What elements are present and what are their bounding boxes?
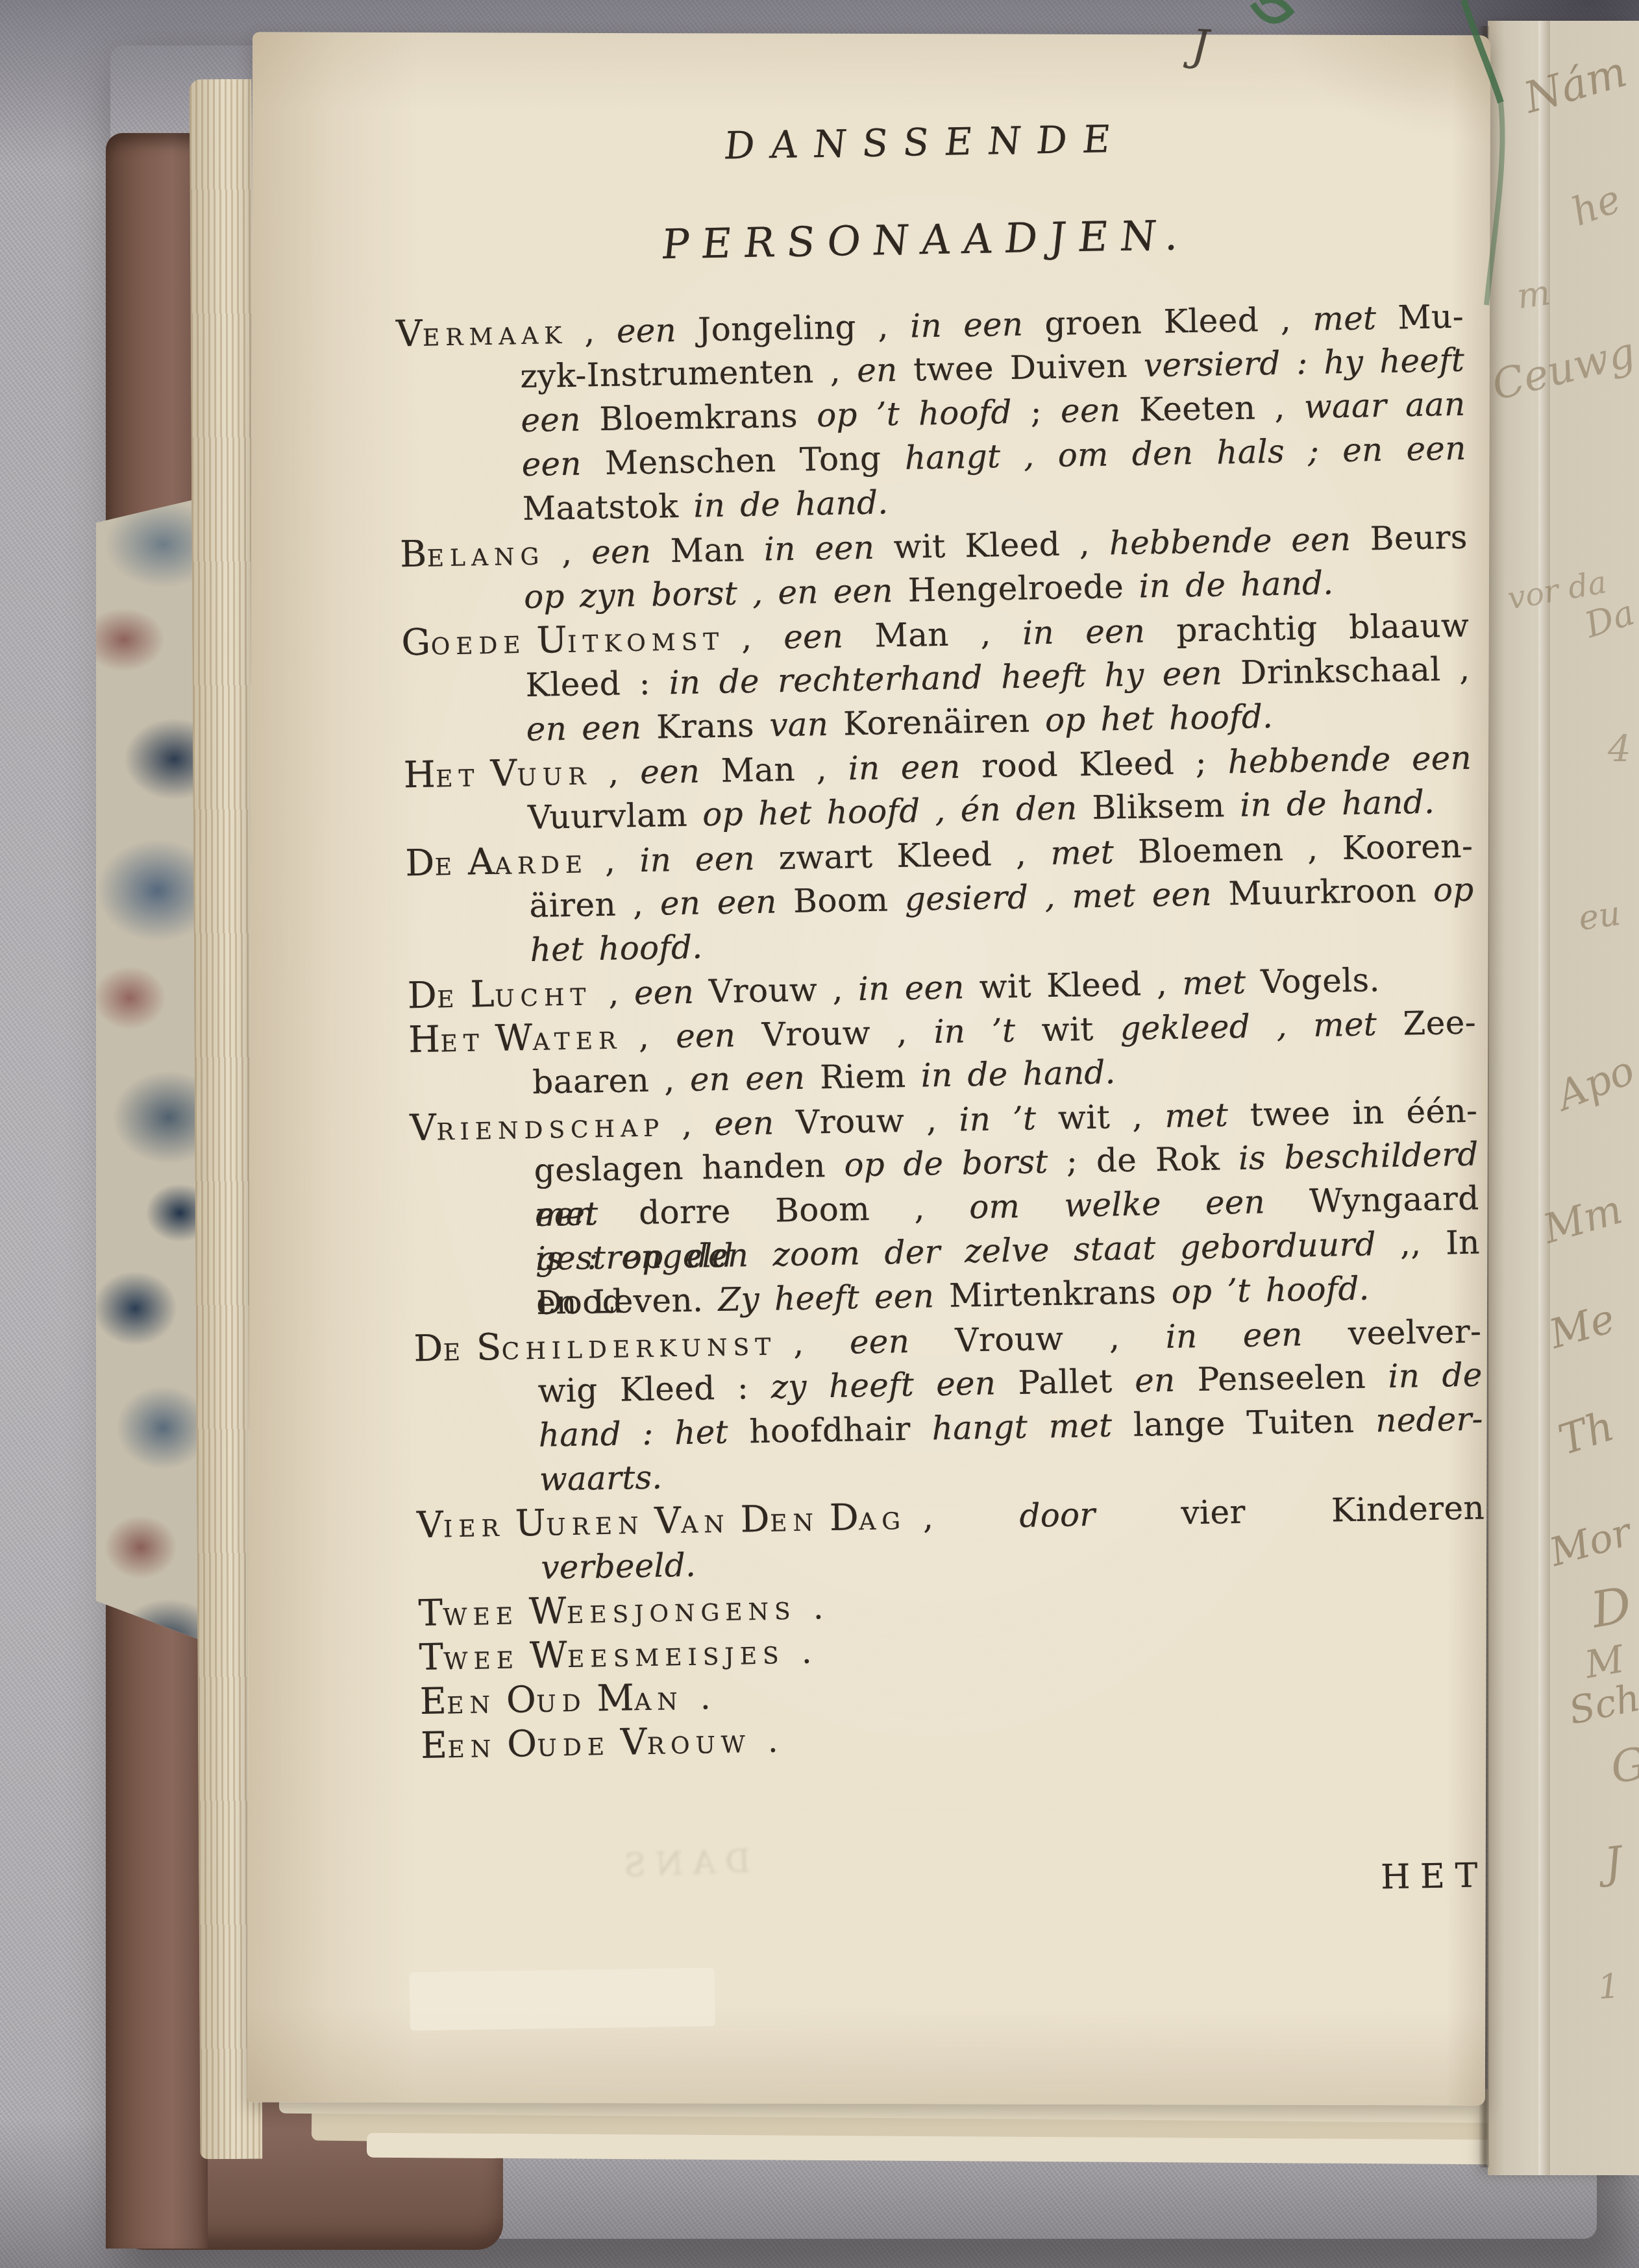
text-segment: Man	[670, 531, 764, 570]
text-segment: ;	[1030, 393, 1061, 431]
handwriting-fragment: Nám	[1518, 46, 1632, 123]
text-segment: in een	[763, 528, 894, 568]
text-segment: door	[1019, 1494, 1181, 1535]
text-segment: in een	[639, 839, 779, 879]
text-segment: op ’t hoofd.	[1171, 1269, 1370, 1310]
text-segment: Muurkroon	[1228, 872, 1433, 912]
text-segment: en Leven.	[536, 1281, 719, 1322]
character-name: TWEEWEESMEISJES	[419, 1633, 795, 1677]
text-segment: ,	[922, 1497, 1020, 1537]
character-name: BELANG	[400, 534, 556, 574]
text-segment: Krans	[656, 706, 770, 746]
text-segment: een	[714, 1104, 796, 1143]
title-text: PERSONAADJEN.	[659, 212, 1194, 268]
text-segment: Man ,	[721, 750, 848, 789]
text-segment: ,	[682, 1105, 715, 1143]
text-segment: Beurs	[1370, 518, 1468, 558]
text-segment: Korenäiren	[843, 701, 1046, 742]
text-segment: gekleed , met	[1120, 1005, 1403, 1048]
handwriting-fragment: Me	[1544, 1295, 1620, 1358]
text-segment: geslagen handen	[534, 1147, 844, 1189]
text-segment: in de hand.	[1139, 564, 1334, 605]
text-segment: wit Kleed ,	[979, 964, 1183, 1005]
character-name: VRIENDSCHAP	[410, 1106, 676, 1148]
text-segment: groen Kleed ,	[1044, 300, 1313, 343]
text-segment: Menschen Tong	[604, 439, 905, 482]
text-segment: waar aan	[1303, 385, 1465, 426]
text-segment: hoofdhair	[749, 1409, 932, 1450]
text-segment: .	[767, 1722, 778, 1759]
text-segment: hebbende een	[1109, 520, 1370, 562]
text-segment: wit ,	[1058, 1097, 1165, 1137]
character-name: DELUCHT	[407, 975, 602, 1016]
text-segment: een	[591, 532, 671, 571]
book-page: DANSSENDE PERSONAADJEN. J VERMAAK, een J…	[247, 32, 1490, 2106]
handwriting-fragment: G	[1608, 1738, 1639, 1794]
handwriting-fragment: 4	[1608, 728, 1631, 770]
text-segment: Bliksem	[1092, 786, 1240, 827]
text-segment: met	[1050, 833, 1139, 872]
signature-ink-mark: J	[1190, 20, 1210, 71]
text-segment: baaren ,	[532, 1061, 691, 1101]
text-segment: een	[534, 1194, 639, 1234]
text-segment: ; de Rok	[1066, 1140, 1239, 1180]
text-segment: hangt , om den hals ; en een	[904, 430, 1466, 477]
text-segment: Mu-	[1398, 298, 1464, 337]
page-title-line1: DANSSENDE	[393, 111, 1458, 174]
text-segment: prachtig blaauw	[1176, 607, 1470, 650]
text-segment: ,	[608, 974, 635, 1012]
text-segment: zwart Kleed ,	[778, 835, 1051, 877]
handwriting-fragment: Apo	[1550, 1046, 1639, 1119]
text-segment: een	[616, 311, 698, 350]
text-segment: op	[1433, 871, 1474, 909]
text-segment: het hoofd.	[530, 928, 703, 969]
text-segment: Man ,	[874, 615, 1023, 655]
text-segment: in de rechterhand heeft hy een	[669, 654, 1241, 701]
character-name: TWEEWEESJONGENS	[418, 1589, 807, 1633]
text-segment: in de hand.	[693, 483, 889, 524]
text-segment: een	[521, 445, 605, 483]
text-segment: op zyn borst , en een	[524, 572, 908, 616]
text-segment: en	[857, 351, 914, 390]
text-segment: in de hand.	[920, 1053, 1116, 1094]
text-segment: hand : het	[538, 1413, 750, 1454]
text-segment: Vogels.	[1261, 961, 1381, 1001]
text-segment: op de borst	[844, 1143, 1067, 1184]
handwriting-fragment: Th	[1553, 1402, 1620, 1465]
text-segment: wit	[1041, 1010, 1120, 1049]
text-segment: van	[769, 705, 844, 744]
page-title-line2: PERSONAADJEN.	[394, 207, 1459, 273]
text-segment: wit Kleed ,	[893, 524, 1109, 566]
text-segment: hebbende een	[1227, 739, 1472, 781]
page-crease	[1538, 21, 1550, 2175]
text-segment: wig Kleed :	[537, 1369, 771, 1410]
character-name: HETWATER	[408, 1018, 633, 1060]
text-segment: in een	[1165, 1315, 1348, 1356]
character-name: VERMAAK	[396, 313, 578, 354]
text-segment: en een	[689, 1058, 820, 1098]
character-name: EENOUDEVROUW	[421, 1722, 762, 1766]
text-segment: in ’t	[959, 1099, 1059, 1139]
text-segment: in een	[1022, 612, 1177, 652]
character-name: DEAARDE	[405, 842, 599, 883]
handwriting-fragment: J	[1602, 1837, 1624, 1888]
text-segment: een	[850, 1322, 955, 1361]
text-segment: en een	[526, 709, 656, 748]
text-segment: om welke een	[969, 1182, 1310, 1226]
handwriting-fragment: eu	[1576, 894, 1623, 938]
adjacent-handwritten-page: NámhemCeuwgvor daDa4euApoMmMeThMorDMSchG…	[1488, 21, 1639, 2175]
handwriting-fragment: Sch	[1565, 1675, 1639, 1733]
text-segment: in een	[858, 968, 980, 1008]
text-segment: Jongeling ,	[698, 308, 911, 349]
printed-text-layer: DANSSENDE PERSONAADJEN. J VERMAAK, een J…	[232, 14, 1505, 2106]
text-segment: Vrouw ,	[761, 1013, 934, 1054]
text-segment: .	[700, 1679, 711, 1716]
text-segment: äiren ,	[529, 884, 660, 925]
text-segment: Zee-	[1403, 1004, 1476, 1043]
text-segment: Boom	[793, 881, 906, 920]
text-segment: ,	[639, 1018, 676, 1056]
text-segment: dorre Boom ,	[639, 1188, 970, 1232]
text-segment: Penseelen	[1197, 1358, 1388, 1398]
title-text: DANSSENDE	[722, 117, 1128, 168]
text-segment: Zy heeft een	[718, 1277, 950, 1319]
character-name: EENOUDMAN	[419, 1679, 694, 1722]
handwriting-fragment: Mm	[1538, 1186, 1627, 1253]
text-segment: met	[1165, 1096, 1250, 1135]
character-list: VERMAAK, een Jongeling , in een groen Kl…	[396, 294, 1489, 1768]
text-segment: ,	[561, 533, 592, 572]
text-segment: met	[1312, 299, 1398, 337]
text-segment: hangt met	[931, 1406, 1133, 1447]
text-segment: .	[813, 1589, 824, 1626]
text-segment: ,	[741, 618, 784, 657]
text-segment: een	[634, 973, 709, 1012]
text-segment: ,	[608, 753, 641, 792]
handwriting-fragment: Mor	[1545, 1509, 1636, 1576]
text-segment: op ’t hoofd	[817, 393, 1031, 434]
text-segment: in een	[848, 748, 982, 788]
text-segment: Maatstok	[522, 487, 694, 528]
text-segment: Bloemkrans	[599, 396, 817, 438]
text-segment: Vrouw ,	[796, 1101, 959, 1141]
text-segment: Hengelroede	[907, 568, 1139, 609]
text-segment: in de hand.	[1240, 783, 1435, 824]
character-name: GOEDEUITKOMST	[401, 619, 735, 663]
text-segment: Vrouw ,	[709, 970, 859, 1010]
text-segment: een	[1061, 391, 1140, 430]
character-name: VIERUURENVANDENDAG	[417, 1499, 917, 1545]
text-segment: versierd : hy heeft	[1143, 341, 1464, 385]
character-name: DESCHILDERKUNST	[413, 1324, 787, 1369]
text-segment: in ’t	[933, 1011, 1042, 1051]
text-segment: Wyngaard	[1309, 1180, 1479, 1221]
text-segment: Mirtenkrans	[949, 1273, 1172, 1315]
handwriting-fragment: he	[1566, 176, 1627, 235]
text-segment: ,	[584, 312, 617, 350]
text-segment: zy heeft een	[770, 1364, 1018, 1406]
text-segment: een	[521, 400, 600, 439]
text-segment: Vrouw ,	[955, 1318, 1166, 1360]
text-segment: en	[1135, 1361, 1198, 1400]
handwriting-fragment: D	[1587, 1575, 1636, 1639]
text-segment: veelver-	[1348, 1312, 1482, 1352]
text-segment: en een	[659, 883, 793, 923]
text-segment: ,	[793, 1323, 850, 1362]
text-segment: op het hoofd.	[1044, 698, 1273, 739]
text-segment: Kleed :	[525, 664, 669, 704]
text-segment: Bloemen , Kooren-	[1137, 827, 1473, 871]
text-segment: een	[640, 752, 721, 791]
text-segment: zyk-Instrumenten ,	[520, 352, 857, 395]
text-segment: Riem	[820, 1056, 922, 1096]
character-name: HETVUUR	[404, 754, 602, 795]
text-segment: twee Duiven	[913, 347, 1144, 388]
text-segment: op het hoofd , én den	[702, 789, 1092, 833]
handwriting-fragment: 1	[1597, 1967, 1621, 2007]
text-segment: twee in één-	[1250, 1092, 1477, 1134]
text-segment: Vuurvlam	[528, 796, 703, 836]
text-segment: ,	[605, 842, 640, 880]
text-segment: verbeeld.	[541, 1546, 696, 1587]
text-segment: een	[676, 1016, 763, 1055]
marbled-board-edge	[96, 496, 208, 1690]
text-segment: waarts.	[539, 1459, 662, 1498]
text-segment: rood Kleed ;	[981, 743, 1228, 785]
text-segment: lange Tuiten	[1133, 1402, 1376, 1444]
text-segment: Keeten ,	[1139, 388, 1304, 428]
text-segment: in de	[1388, 1356, 1483, 1395]
handwriting-fragment: m	[1514, 272, 1553, 317]
text-segment: een	[783, 617, 875, 656]
text-segment: vier Kinderen	[1181, 1489, 1485, 1531]
catchword: HET	[423, 1856, 1488, 1914]
text-segment: gesierd , met een	[905, 875, 1229, 918]
text-segment: Pallet	[1018, 1362, 1135, 1402]
text-segment: in een	[910, 305, 1045, 345]
handwriting-fragment: Ceuwg	[1488, 328, 1639, 410]
text-segment: .	[801, 1633, 812, 1671]
text-segment: neder-	[1375, 1400, 1483, 1439]
text-segment: met	[1182, 963, 1261, 1002]
text-segment: Drinkschaal ,	[1240, 650, 1470, 692]
